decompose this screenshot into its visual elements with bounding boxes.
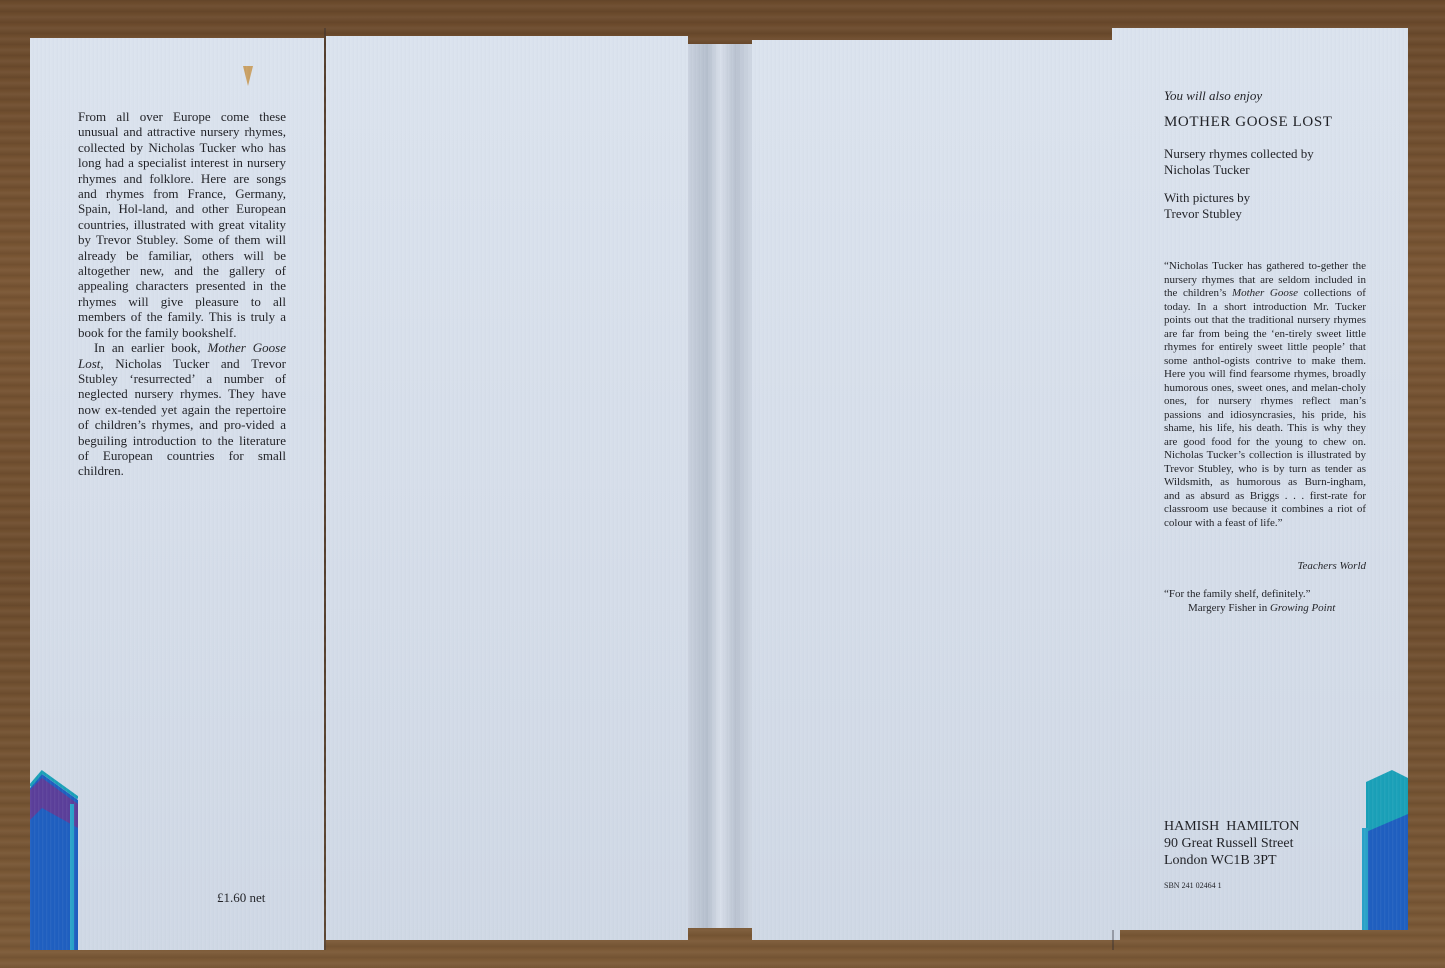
review-quote: “Nicholas Tucker has gathered to-gether … [1164,260,1366,530]
left-flap: From all over Europe come these unusual … [30,38,324,950]
recommended-book-title: MOTHER GOOSE LOST [1164,114,1374,131]
quote-text: “For the family shelf, definitely.” [1164,588,1311,600]
blurb-paragraph-2: In an earlier book, Mother Goose Lost, N… [78,340,286,479]
publisher-name: HAMISH HAMILTON [1164,818,1374,835]
illustrator-credit: With pictures by Trevor Stubley [1164,190,1374,222]
front-cover-inside-blank [752,40,1120,940]
dust-jacket: From all over Europe come these unusual … [30,28,1425,950]
also-enjoy-heading: You will also enjoy [1164,88,1374,104]
review-text-end: collections of today. In a short introdu… [1164,287,1366,529]
publisher-address-line: London WC1B 3PT [1164,852,1374,869]
attribution-name: Margery Fisher in [1188,602,1270,614]
review-source: Teachers World [1164,560,1366,572]
publisher-address-line: 90 Great Russell Street [1164,835,1374,852]
collector-credit: Nursery rhymes collected by Nicholas Tuc… [1164,146,1374,178]
credit-line: With pictures by [1164,190,1374,206]
second-quote: “For the family shelf, definitely.” Marg… [1164,588,1374,615]
credit-line: Nursery rhymes collected by [1164,146,1374,162]
isbn-label: SBN 241 02464 1 [1164,881,1374,890]
left-flap-blurb: From all over Europe come these unusual … [78,109,286,479]
author-name: Nicholas Tucker [1164,162,1374,178]
review-title-ref: Mother Goose [1232,287,1298,299]
illustrator-name: Trevor Stubley [1164,206,1374,222]
back-cover-blank [326,36,688,940]
right-decorative-graphic [1362,770,1408,930]
blurb-paragraph-1: From all over Europe come these unusual … [78,109,286,340]
publication-name: Growing Point [1270,602,1335,614]
publisher-block: HAMISH HAMILTON 90 Great Russell Street … [1164,818,1374,869]
spine [688,44,752,928]
price-label: £1.60 net [217,890,265,906]
right-flap: You will also enjoy MOTHER GOOSE LOST Nu… [1112,28,1408,930]
quote-attribution: Margery Fisher in Growing Point [1164,602,1374,616]
blurb-p2-text-end: , Nicholas Tucker and Trevor Stubley ‘re… [78,356,286,479]
blurb-p2-text: In an earlier book, [94,340,208,355]
left-decorative-graphic [30,768,78,950]
stain-mark [243,66,253,86]
